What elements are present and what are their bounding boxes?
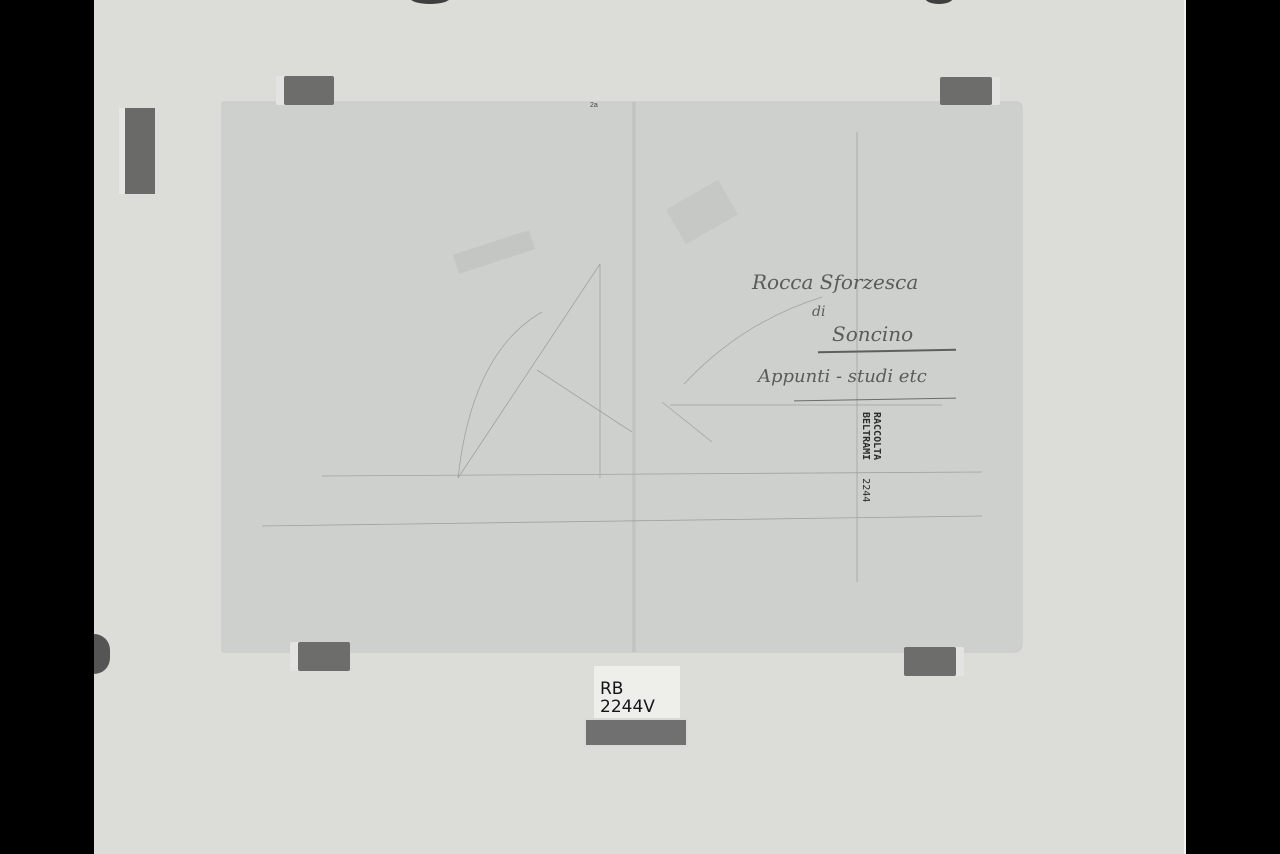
catalog-label-text: RB 2244V bbox=[600, 680, 655, 716]
tape-bottom-right bbox=[904, 647, 956, 676]
stamp-number: 2244 bbox=[860, 478, 871, 502]
catalog-label-line-1: RB bbox=[600, 680, 655, 698]
pencil-mark: 2a bbox=[590, 102, 598, 109]
collection-stamp: RACCOLTA BELTRAMI2244 bbox=[860, 412, 882, 502]
label-tape bbox=[586, 720, 686, 745]
inscription-line-3: Soncino bbox=[832, 322, 913, 346]
tape-top-left bbox=[284, 76, 334, 105]
stamp-line-1: RACCOLTA bbox=[871, 412, 882, 502]
stamp-line-2: BELTRAMI bbox=[860, 412, 871, 460]
tape-top-right bbox=[940, 77, 992, 105]
tape-bottom-left bbox=[298, 642, 350, 671]
inscription-line-4: Appunti - studi etc bbox=[758, 366, 927, 387]
side-tape bbox=[125, 108, 155, 194]
mount-edge bbox=[1184, 0, 1186, 854]
inscription-line-1: Rocca Sforzesca bbox=[752, 270, 918, 294]
inscription-line-2: di bbox=[812, 304, 825, 320]
stamp-line-2-row: BELTRAMI2244 bbox=[860, 412, 871, 502]
catalog-label-line-2: 2244V bbox=[600, 698, 655, 716]
